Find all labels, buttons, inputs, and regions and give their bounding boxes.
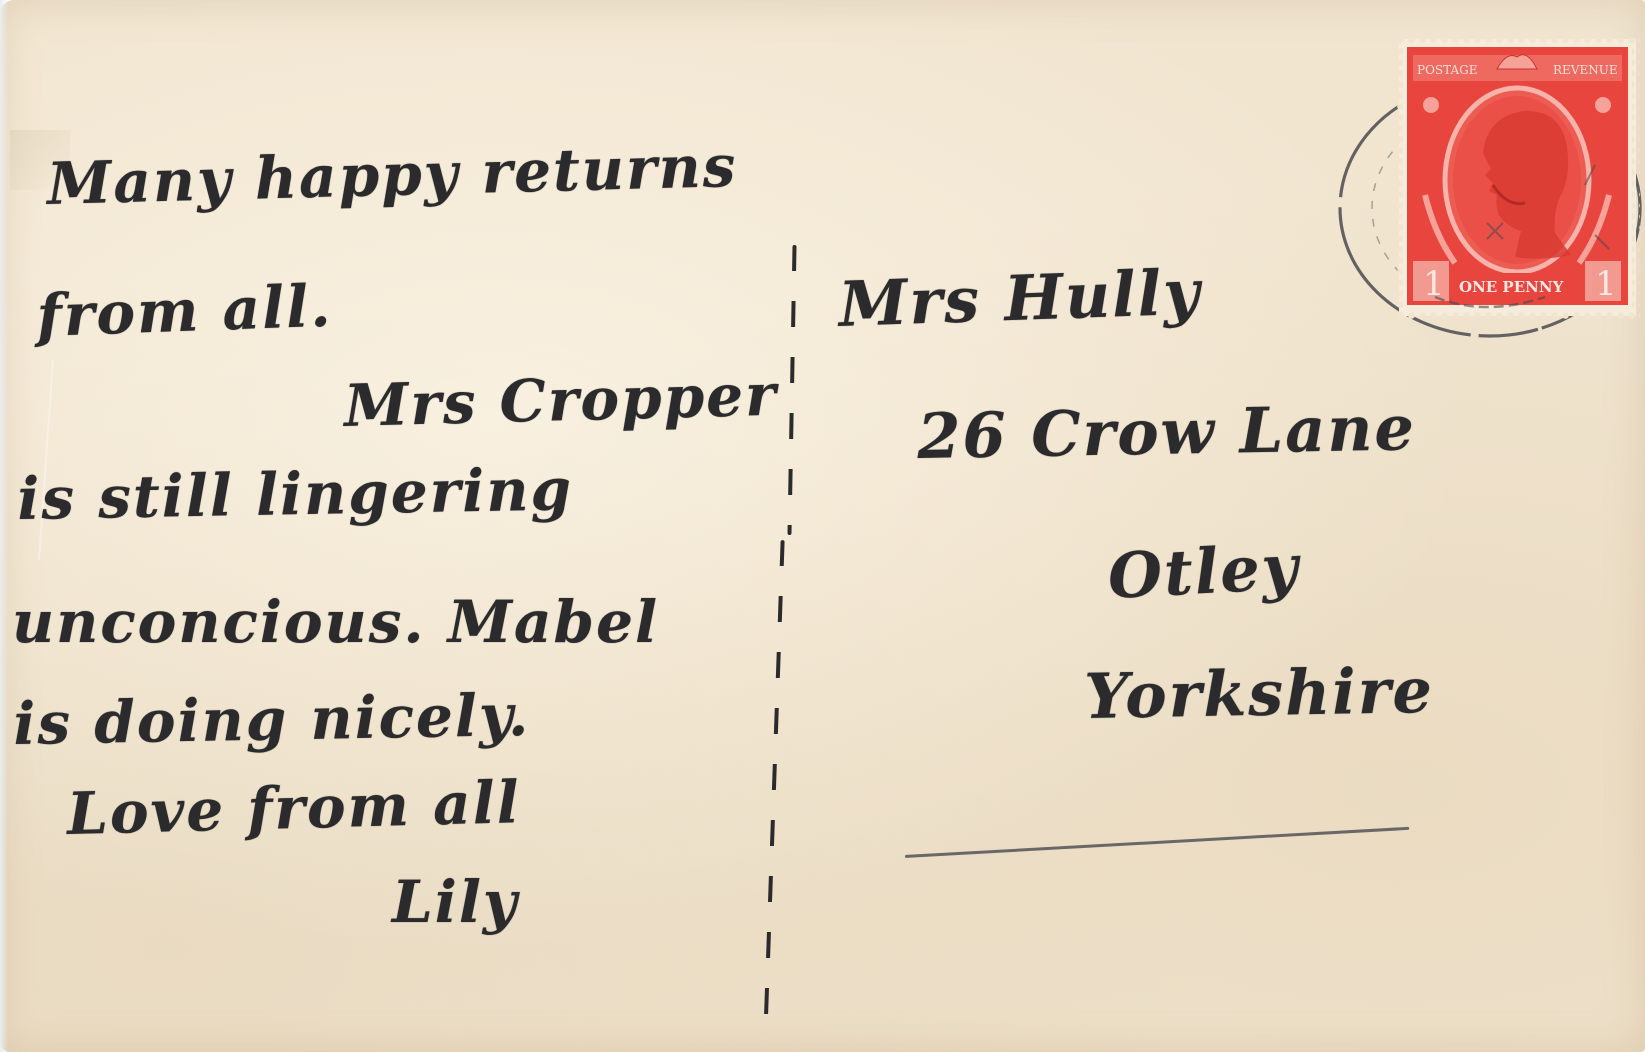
- address-line-street: 26 Crow Lane: [917, 391, 1417, 473]
- message-line: Mrs Cropper: [343, 361, 778, 440]
- center-divider-top: [787, 245, 796, 535]
- message-line: unconcious. Mabel: [12, 588, 659, 656]
- card-edge: [0, 0, 8, 1052]
- svg-text:ONE PENNY: ONE PENNY: [1459, 278, 1564, 296]
- message-line: Many happy returns: [46, 132, 738, 218]
- address-line-county: Yorkshire: [1084, 654, 1435, 733]
- address-line-town: Otley: [1106, 530, 1301, 613]
- signature: Lily: [392, 868, 519, 936]
- message-line: is still lingering: [17, 455, 574, 533]
- message-line: from all.: [36, 272, 334, 350]
- center-divider-bottom: [763, 540, 784, 1035]
- svg-text:REVENUE: REVENUE: [1553, 63, 1618, 77]
- postage-stamp: POSTAGE REVENUE 1 1 ONE PENNY: [1395, 35, 1640, 320]
- address-line-recipient: Mrs Hully: [837, 255, 1202, 341]
- svg-text:1: 1: [1595, 264, 1617, 304]
- svg-text:POSTAGE: POSTAGE: [1417, 63, 1478, 77]
- svg-text:1: 1: [1423, 264, 1445, 304]
- message-line: is doing nicely.: [13, 681, 531, 758]
- postcard-back: Many happy returns from all. Mrs Cropper…: [0, 0, 1645, 1052]
- message-line: Love from all: [66, 768, 521, 848]
- address-underline: [905, 827, 1409, 858]
